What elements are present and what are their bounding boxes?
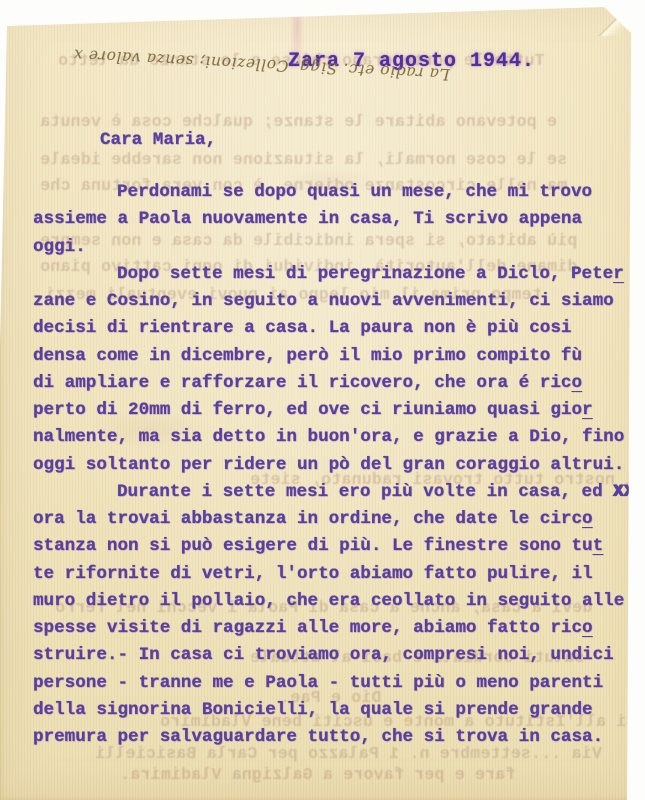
letter-line: decisi di rientrare a casa. La paura non…: [33, 315, 634, 342]
line-underlined-char: o: [582, 618, 593, 638]
line-text: spesse visite di ragazzi alle more, abia…: [33, 618, 582, 638]
greeting: Cara Maria,: [100, 130, 216, 150]
line-text: perto di 20mm di ferro, ed ove ci riunia…: [33, 400, 582, 420]
line-text: oggi soltanto per ridere un pò del gran …: [33, 455, 624, 475]
paper-sheet: Tutte le porte erano chiuse e le stanze …: [0, 0, 645, 800]
line-text: muro dietro il pollaio, che era ceollato…: [33, 591, 624, 611]
letter-line: stanza non si può esigere di più. Le fin…: [33, 533, 634, 560]
dog-ear-fold: [598, 4, 634, 36]
handwritten-line: sono in custodia da noi.: [26, 0, 455, 6]
letter-line: oggi soltanto per ridere un pò del gran …: [33, 452, 634, 479]
letter-line: oggi.: [33, 234, 634, 261]
letter-line: spesse visite di ragazzi alle more, abia…: [33, 615, 634, 642]
line-text: Perdonami se dopo quasi un mese, che mi …: [117, 182, 592, 202]
letter-line: persone - tranne me e Paola - tutti più …: [33, 670, 634, 697]
letter-line: assieme a Paola nuovamente in casa, Ti s…: [33, 206, 634, 233]
line-text: oggi.: [33, 237, 86, 257]
line-text: Durante i sette mesi ero più volte in ca…: [117, 482, 613, 502]
line-text: ora la trovai abbastanza in ordine, che …: [33, 509, 582, 529]
line-underlined-char: o: [582, 509, 593, 529]
line-text: zane e Cosino, in seguito a nuovi avveni…: [33, 291, 614, 311]
letter-line: struire.- In casa ci troviamo ora, compr…: [33, 642, 634, 669]
letter-line: della signorina Bonicielli, la quale si …: [33, 697, 634, 724]
letter-line: Durante i sette mesi ero più volte in ca…: [33, 479, 634, 506]
letter-line: Dopo sette mesi di peregrinazione a Dicl…: [33, 261, 634, 288]
bleedthrough-line: se le cose normali, la situazione non sa…: [40, 150, 567, 169]
line-text: persone - tranne me e Paola - tutti più …: [33, 673, 603, 693]
letter-scan: Tutte le porte erano chiuse e le stanze …: [0, 0, 645, 800]
line-text: decisi di rientrare a casa. La paura non…: [33, 318, 571, 338]
letter-body: Perdonami se dopo quasi un mese, che mi …: [33, 179, 634, 751]
letter-line: muro dietro il pollaio, che era ceollato…: [33, 588, 634, 615]
letter-line: premura per salvaguardare tutto, che si …: [33, 724, 634, 751]
letter-line: di ampliare e rafforzare il ricovero, ch…: [33, 370, 634, 397]
line-text: nalmente, ma sia detto in buon'ora, e gr…: [33, 427, 624, 447]
line-underlined-char: r: [613, 264, 624, 284]
handwritten-line: La radio etc. Sigg. Collezioni; senza va…: [22, 38, 451, 87]
line-underlined-char: o: [571, 373, 582, 393]
letter-line: densa come in dicembre, però il mio prim…: [33, 343, 634, 370]
letter-line: te rifornite di vetri, l'orto abiamo fat…: [33, 561, 634, 588]
line-text: densa come in dicembre, però il mio prim…: [33, 346, 582, 366]
line-strikeover: XX: [613, 482, 634, 502]
line-text: Dopo sette mesi di peregrinazione a Dicl…: [117, 264, 613, 284]
line-text: di ampliare e rafforzare il ricovero, ch…: [33, 373, 571, 393]
line-underlined-char: r: [582, 400, 593, 420]
letter-line: Perdonami se dopo quasi un mese, che mi …: [33, 179, 634, 206]
letter-line: zane e Cosino, in seguito a nuovi avveni…: [33, 288, 634, 315]
line-text: stanza non si può esigere di più. Le fin…: [33, 536, 593, 556]
letter-line: nalmente, ma sia detto in buon'ora, e gr…: [33, 424, 634, 451]
letter-line: perto di 20mm di ferro, ed ove ci riunia…: [33, 397, 634, 424]
line-text: assieme a Paola nuovamente in casa, Ti s…: [33, 209, 582, 229]
line-underlined-char: t: [593, 536, 604, 556]
line-text: struire.- In casa ci troviamo ora, compr…: [33, 645, 614, 665]
line-text: della signorina Bonicielli, la quale si …: [33, 700, 593, 720]
bleedthrough-line: fare e per favore a Galzigna Vladimira.: [120, 765, 515, 784]
letter-line: ora la trovai abbastanza in ordine, che …: [33, 506, 634, 533]
line-text: premura per salvaguardare tutto, che si …: [33, 727, 603, 747]
line-text: te rifornite di vetri, l'orto abiamo fat…: [33, 564, 593, 584]
